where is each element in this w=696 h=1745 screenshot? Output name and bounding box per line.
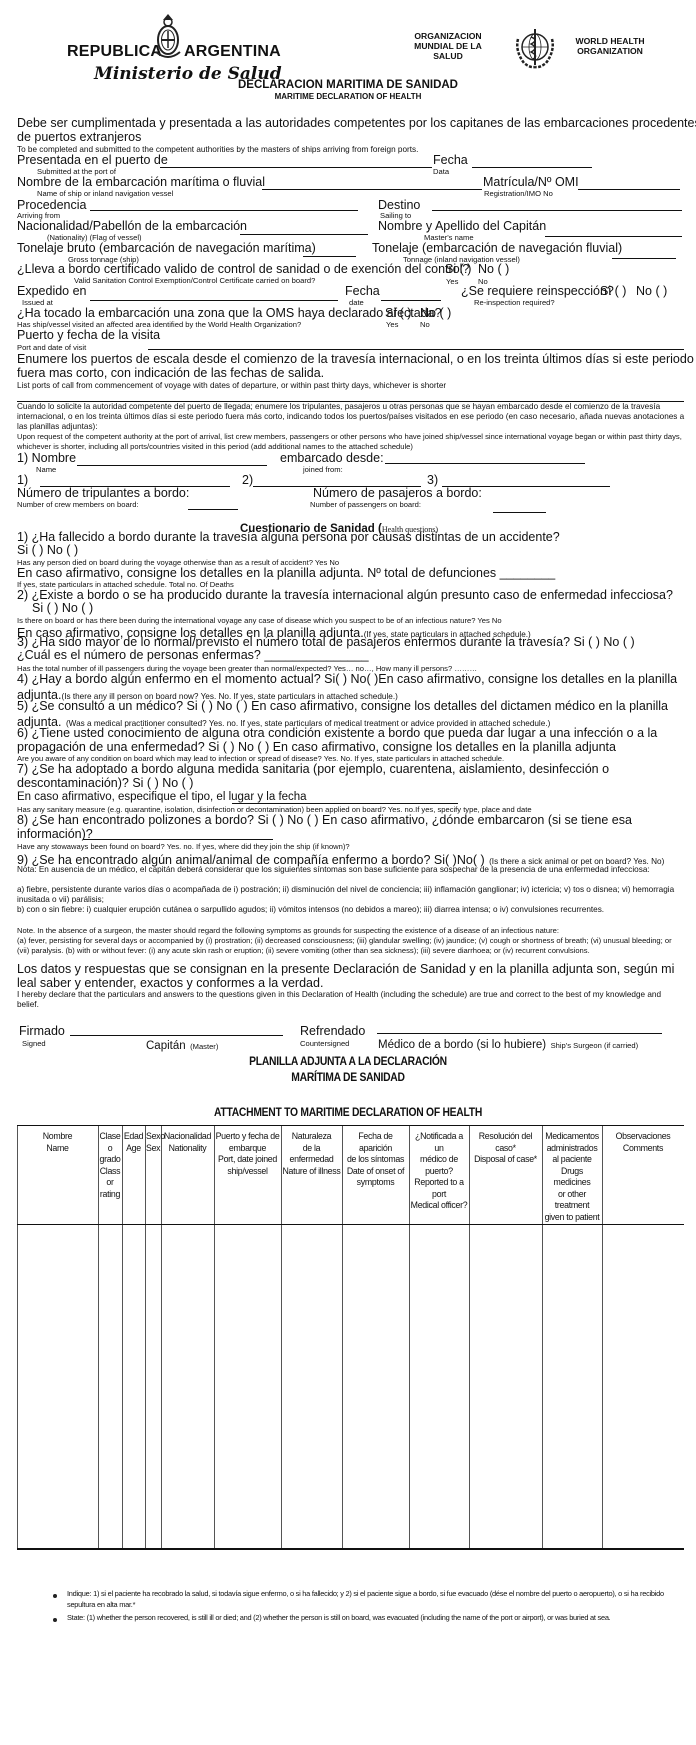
q4-text: 4) ¿Hay a bordo algún enfermo en el mome… [17, 672, 677, 686]
attachment-title-es-1: PLANILLA ADJUNTA A LA DECLARACIÓN [49, 1054, 648, 1068]
nationality-label: Nacionalidad/Pabellón de la embarcación [17, 219, 247, 233]
table-header-cell: ¿Notificada a unmédico depuerto?Reported… [410, 1131, 468, 1212]
issued-date-input[interactable] [381, 300, 441, 301]
intro-es-1: Debe ser cumplimentada y presentada a la… [17, 116, 696, 130]
date-label: Fecha [433, 153, 468, 167]
crew-count-input[interactable] [188, 509, 238, 510]
certificate-question: ¿Lleva a bordo certificado valido de con… [17, 262, 469, 276]
q5-text: 5) ¿Se consultó a un médico? Si ( ) No (… [17, 699, 668, 713]
note-en-detail: (a) fever, persisting for several days o… [17, 936, 685, 955]
master-caption: Capitán (Master) [146, 1036, 218, 1054]
attachment-title-en: ATTACHMENT TO MARITIME DECLARATION OF HE… [49, 1105, 648, 1119]
q6-text: 6) ¿Tiene usted conocimiento de alguna o… [17, 726, 657, 740]
inland-tonnage-label: Tonelaje (embarcación de navegación fluv… [372, 241, 622, 255]
certificate-yes-en: Yes [446, 277, 458, 286]
master-input[interactable] [545, 236, 682, 237]
certificate-question-en: Valid Sanitation Control Exemption/Contr… [74, 276, 315, 285]
surgeon-caption-en: Ship's Surgeon (if carried) [551, 1041, 639, 1050]
port-input[interactable] [160, 167, 432, 168]
joined-from-label-en: joined from: [303, 465, 343, 474]
table-entry-cell[interactable] [161, 1225, 214, 1548]
who-es-line: MUNDIAL DE LA [413, 41, 483, 51]
table-bottom-border [17, 1548, 684, 1550]
table-header-cell: Resolución del caso*Disposal of case* [470, 1131, 541, 1166]
master-caption-en: (Master) [190, 1042, 218, 1051]
q1-followup: En caso afirmativo, consigne los detalle… [17, 566, 555, 580]
table-header-cell: Puerto y fecha deembarquePort, date join… [215, 1131, 280, 1177]
table-entry-cell[interactable] [17, 1225, 98, 1548]
countersigned-label: Refrendado [300, 1024, 365, 1038]
reinspection-question-en: Re-inspection required? [474, 298, 555, 307]
declaration-es: Los datos y respuestas que se consignan … [17, 962, 685, 990]
table-header-cell: Naturalezade la enfermedadNature of illn… [282, 1131, 341, 1177]
reinspection-question: ¿Se requiere reinspección? [461, 284, 614, 298]
affected-area-question: ¿Ha tocado la embarcación una zona que l… [17, 306, 442, 320]
signed-label-en: Signed [22, 1039, 46, 1048]
crew-request-es: Cuando lo solicite la autoridad competen… [17, 402, 685, 432]
q3-sick-count: ¿Cuál es el número de personas enfermas?… [17, 648, 369, 662]
gross-tonnage-label: Tonelaje bruto (embarcación de navegació… [17, 241, 316, 255]
document-title: DECLARACION MARITIMA DE SANIDAD [0, 79, 696, 91]
affected-area-no[interactable]: No ( ) [420, 306, 451, 320]
table-header-cell: NacionalidadNationality [162, 1131, 213, 1154]
sailing-input[interactable] [432, 210, 682, 211]
note-en: Note. In the absence of a surgeon, the m… [17, 926, 685, 936]
surgeon-signature-input[interactable] [377, 1033, 662, 1034]
crew-count-label: Número de tripulantes a bordo: [17, 486, 189, 500]
countersigned-label-en: Countersigned [300, 1039, 349, 1048]
table-header-cell: Fecha de apariciónde los síntomasDate of… [343, 1131, 408, 1189]
q2-text: 2) ¿Existe a bordo o se ha producido dur… [17, 588, 673, 602]
footnote-es: Indique: 1) si el paciente ha recobrado … [67, 1588, 687, 1610]
passenger-count-label: Número de pasajeros a bordo: [313, 486, 482, 500]
q7-text-c: En caso afirmativo, especifique el tipo,… [17, 791, 307, 803]
joined-name-input[interactable] [77, 465, 267, 466]
registration-label-en: Registration/IMO No [484, 189, 553, 198]
visit-input[interactable] [148, 349, 684, 350]
issued-at-input[interactable] [90, 300, 338, 301]
joined-from-input[interactable] [385, 463, 585, 464]
registration-input[interactable] [578, 189, 680, 190]
port-entry-3-label: 3) [427, 473, 438, 487]
table-entry-cell[interactable] [469, 1225, 542, 1548]
table-row-divider [17, 1125, 684, 1126]
q6-text-b: propagación de una enfermedad? Si ( ) No… [17, 740, 616, 754]
q7-details-input[interactable] [232, 803, 458, 804]
reinspection-no[interactable]: No ( ) [636, 284, 667, 298]
ports-of-call-en: List ports of call from commencement of … [17, 381, 446, 390]
issued-at-label: Expedido en [17, 284, 87, 298]
intro-es-2: de puertos extranjeros [17, 130, 141, 144]
table-entry-cell[interactable] [542, 1225, 602, 1548]
arriving-input[interactable] [90, 210, 358, 211]
q8-text: 8) ¿Se han encontrado polizones a bordo?… [17, 813, 632, 827]
table-header-cell: Medicamentosadministradosal pacienteDrug… [543, 1131, 601, 1223]
declaration-en: I hereby declare that the particulars an… [17, 990, 685, 1010]
table-entry-cell[interactable] [145, 1225, 161, 1548]
country-right: ARGENTINA [184, 43, 281, 61]
document-subtitle: MARITIME DECLARATION OF HEALTH [0, 92, 696, 101]
table-entry-cell[interactable] [342, 1225, 409, 1548]
visit-label-en: Port and date of visit [17, 343, 86, 352]
sailing-label: Destino [378, 198, 420, 212]
ship-name-label-en: Name of ship or inland navigation vessel [37, 189, 173, 198]
passenger-count-label-en: Number of passengers on board: [310, 500, 421, 509]
surgeon-caption: Médico de a bordo (si lo hubiere) Ship's… [378, 1035, 638, 1053]
gross-tonnage-input[interactable] [303, 256, 356, 257]
q8-text-en: Have any stowaways been found on board? … [17, 842, 350, 851]
affected-area-yes-en: Yes [386, 320, 398, 329]
q2-options[interactable]: Si ( ) No ( ) [32, 601, 93, 615]
affected-area-yes[interactable]: Si ( ) [385, 306, 411, 320]
table-entry-cell[interactable] [122, 1225, 145, 1548]
master-label: Nombre y Apellido del Capitán [378, 219, 546, 233]
reinspection-yes[interactable]: Si ( ) [600, 284, 626, 298]
visit-label: Puerto y fecha de la visita [17, 328, 160, 342]
crew-count-label-en: Number of crew members on board: [17, 500, 139, 509]
issued-date-label: Fecha [345, 284, 380, 298]
nationality-input[interactable] [240, 234, 368, 235]
ports-of-call-es-2: fuera mas corto, con indicación de las f… [17, 366, 324, 380]
bullet-icon [53, 1594, 57, 1598]
table-header-cell: SexoSex [146, 1131, 160, 1154]
table-header-cell: EdadAge [123, 1131, 144, 1154]
note-a: a) fiebre, persistente durante varios dí… [17, 885, 685, 905]
certificate-yes[interactable]: Si ( ) [445, 262, 471, 276]
who-en-line: ORGANIZATION [575, 46, 645, 56]
argentina-coat-of-arms-icon [153, 12, 183, 62]
table-header-cell: ClaseogradoClassorrating [99, 1131, 121, 1200]
footnote-en: State: (1) whether the person recovered,… [67, 1612, 687, 1623]
q8-details-input[interactable] [83, 839, 273, 840]
joined-name-label-en: Name [36, 465, 56, 474]
table-entry-cell[interactable] [98, 1225, 122, 1548]
q1-text: 1) ¿Ha fallecido a bordo durante la trav… [17, 530, 560, 544]
bullet-icon [53, 1618, 57, 1622]
table-entry-cell[interactable] [281, 1225, 342, 1548]
table-header-cell: ObservacionesComments [603, 1131, 683, 1154]
port-entry-1-label: 1) [17, 473, 28, 487]
table-entry-cell[interactable] [602, 1225, 684, 1548]
note-b: b) con o sin fiebre: i) cualquier erupci… [17, 905, 685, 915]
country-left: REPUBLICA [67, 43, 162, 61]
who-es-line: SALUD [413, 51, 483, 61]
port-label: Presentada en el puerto de [17, 153, 168, 167]
inland-tonnage-input[interactable] [612, 258, 676, 259]
date-input[interactable] [472, 167, 592, 168]
certificate-no[interactable]: No ( ) [478, 262, 509, 276]
surgeon-caption-es: Médico de a bordo (si lo hubiere) [378, 1039, 546, 1051]
ship-name-label: Nombre de la embarcación marítima o fluv… [17, 175, 265, 189]
registration-label: Matrícula/Nº OMI [483, 175, 579, 189]
master-caption-es: Capitán [146, 1040, 186, 1052]
joined-name-label: 1) Nombre [17, 451, 76, 465]
ports-of-call-es-1: Enumere los puertos de escala desde el c… [17, 352, 694, 366]
note-es: Nota: En ausencia de un médico, el capit… [17, 865, 685, 875]
who-name-es: ORGANIZACION MUNDIAL DE LA SALUD [413, 31, 483, 61]
date-label-en: Data [433, 167, 449, 176]
table-header-cell: NombreName [18, 1131, 97, 1154]
crew-request-en: Upon request of the competent authority … [17, 432, 685, 451]
passenger-count-input[interactable] [493, 512, 546, 513]
q1-options[interactable]: Si ( ) No ( ) [17, 543, 78, 557]
q7-text-b: descontaminación)? Si ( ) No ( ) [17, 776, 193, 790]
joined-from-label: embarcado desde: [280, 451, 384, 465]
q8-text-b: información)? [17, 827, 93, 841]
who-emblem-icon [512, 25, 558, 71]
affected-area-no-en: No [420, 320, 430, 329]
table-entry-cell[interactable] [214, 1225, 281, 1548]
who-es-line: ORGANIZACION [413, 31, 483, 41]
who-name-en: WORLD HEALTH ORGANIZATION [575, 36, 645, 56]
who-en-line: WORLD HEALTH [575, 36, 645, 46]
attachment-title-es-2: MARÍTIMA DE SANIDAD [49, 1070, 648, 1084]
q3-text: 3) ¿Ha sido mayor de lo normal/previsto … [17, 635, 635, 649]
attachment-table: NombreNameClaseogradoClassorratingEdadAg… [17, 1125, 684, 1548]
q7-text: 7) ¿Se ha adoptado a bordo alguna medida… [17, 762, 609, 776]
arriving-label: Procedencia [17, 198, 87, 212]
signed-label: Firmado [19, 1024, 65, 1038]
table-entry-cell[interactable] [409, 1225, 469, 1548]
port-entry-2-label: 2) [242, 473, 253, 487]
ship-name-input[interactable] [262, 189, 482, 190]
